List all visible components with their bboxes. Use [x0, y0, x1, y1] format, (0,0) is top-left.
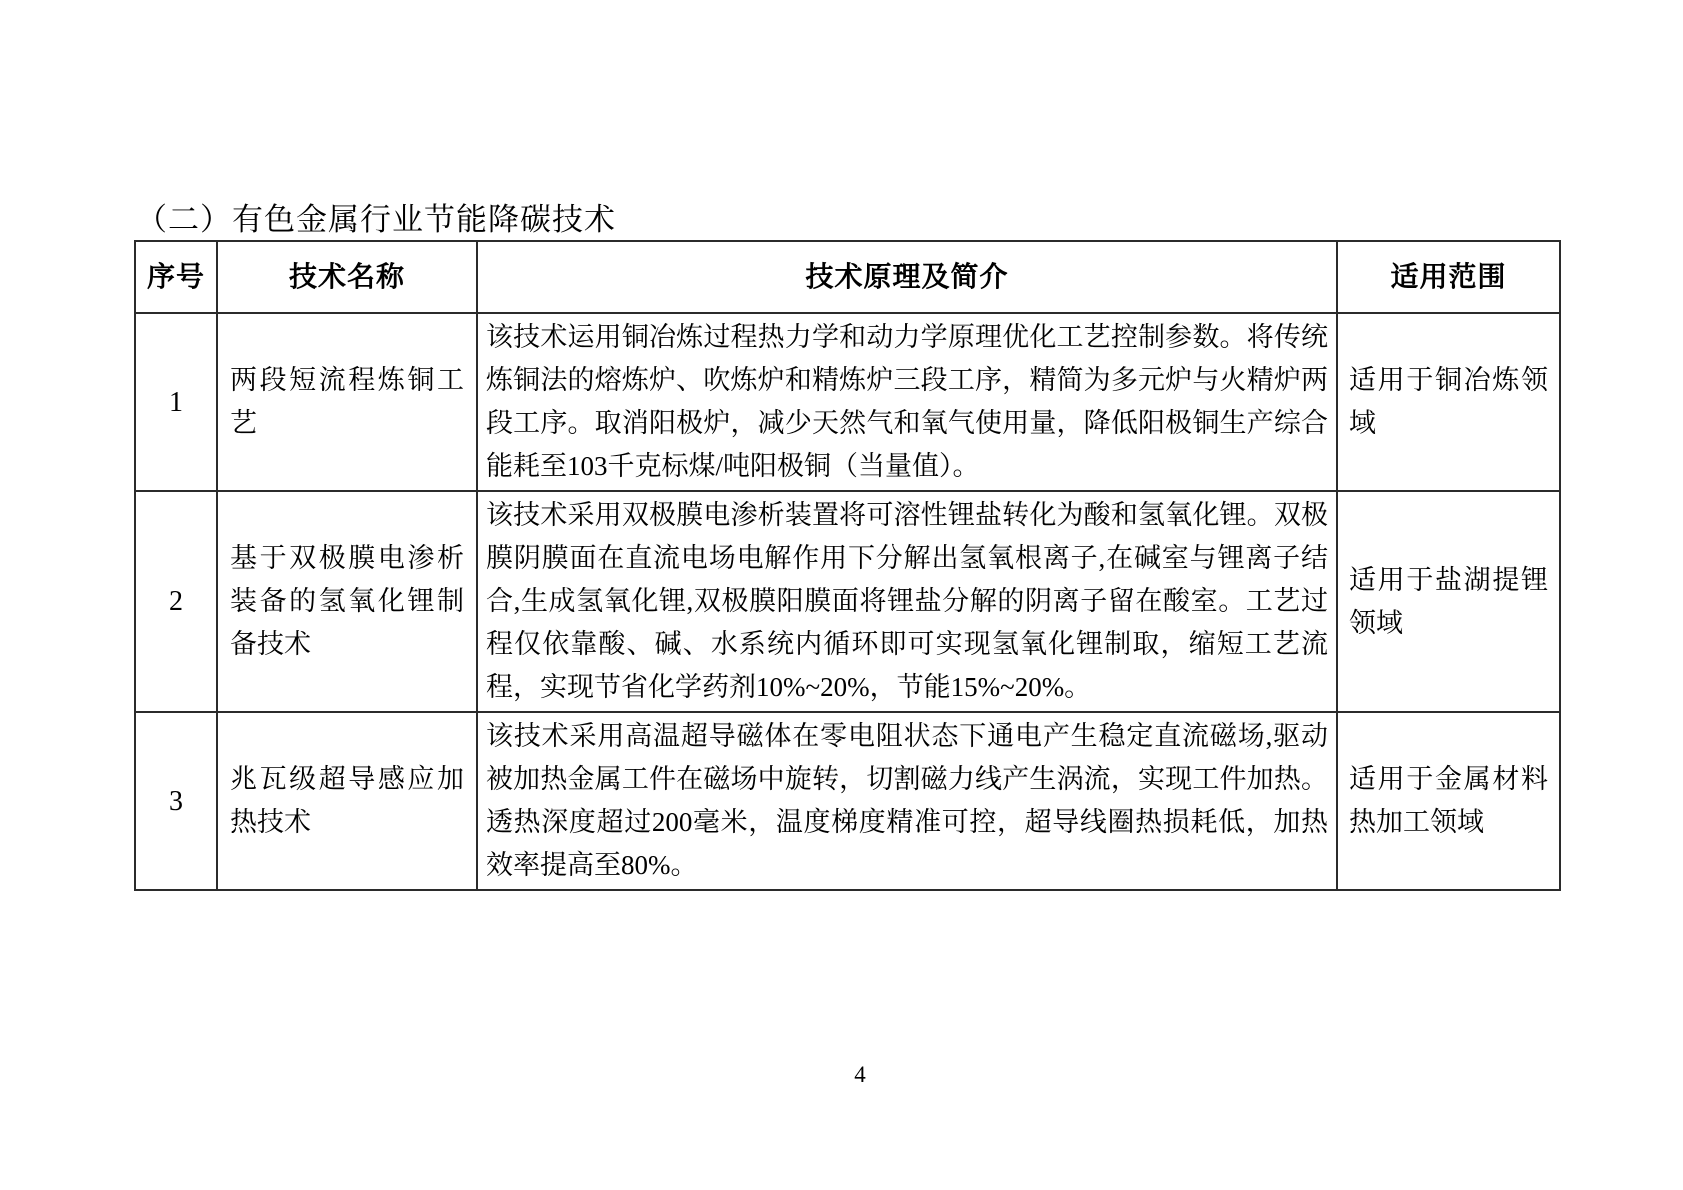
row1-description: 该技术运用铜冶炼过程热力学和动力学原理优化工艺控制参数。将传统炼铜法的熔炼炉、吹… — [477, 313, 1337, 491]
row2-tech-name: 基于双极膜电渗析装备的氢氧化锂制备技术 — [217, 491, 477, 712]
row1-tech-name: 两段短流程炼铜工艺 — [217, 313, 477, 491]
table-row: 2 基于双极膜电渗析装备的氢氧化锂制备技术 该技术采用双极膜电渗析装置将可溶性锂… — [135, 491, 1560, 712]
row3-index: 3 — [135, 712, 217, 890]
technology-table: 序号 技术名称 技术原理及简介 适用范围 1 两段短流程炼铜工艺 该技术运用铜冶… — [134, 240, 1561, 891]
row1-scope: 适用于铜冶炼领域 — [1337, 313, 1560, 491]
row2-description: 该技术采用双极膜电渗析装置将可溶性锂盐转化为酸和氢氧化锂。双极膜阴膜面在直流电场… — [477, 491, 1337, 712]
row3-tech-name: 兆瓦级超导感应加热技术 — [217, 712, 477, 890]
row1-index: 1 — [135, 313, 217, 491]
header-principle: 技术原理及简介 — [477, 241, 1337, 313]
header-tech-name: 技术名称 — [217, 241, 477, 313]
header-index: 序号 — [135, 241, 217, 313]
section-title: （二）有色金属行业节能降碳技术 — [136, 194, 616, 239]
row3-description: 该技术采用高温超导磁体在零电阻状态下通电产生稳定直流磁场,驱动被加热金属工件在磁… — [477, 712, 1337, 890]
page-number: 4 — [0, 1062, 1683, 1088]
row3-scope: 适用于金属材料热加工领域 — [1337, 712, 1560, 890]
header-scope: 适用范围 — [1337, 241, 1560, 313]
table-row: 1 两段短流程炼铜工艺 该技术运用铜冶炼过程热力学和动力学原理优化工艺控制参数。… — [135, 313, 1560, 491]
table-row: 3 兆瓦级超导感应加热技术 该技术采用高温超导磁体在零电阻状态下通电产生稳定直流… — [135, 712, 1560, 890]
row2-index: 2 — [135, 491, 217, 712]
table-header-row: 序号 技术名称 技术原理及简介 适用范围 — [135, 241, 1560, 313]
row2-scope: 适用于盐湖提锂领域 — [1337, 491, 1560, 712]
